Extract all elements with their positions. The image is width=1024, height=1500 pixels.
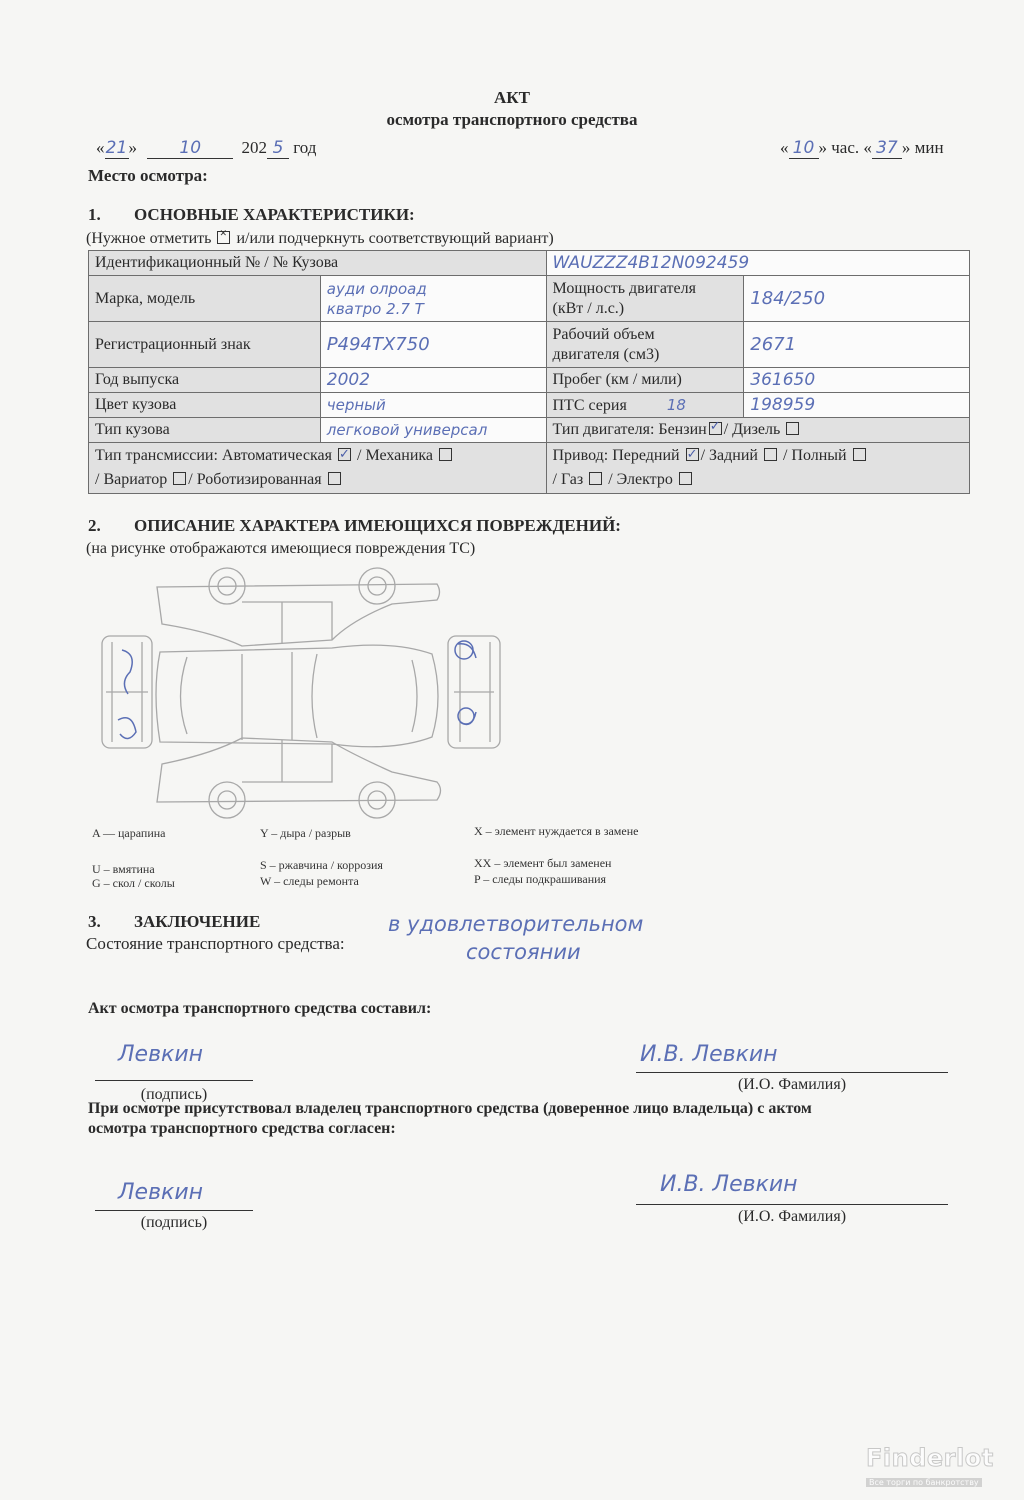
condition-value-line1: в удовлетворительном [388,912,643,936]
vin-value: WAUZZZ4B12N092459 [546,251,970,276]
legend-paint: P – следы подкрашивания [474,872,606,887]
watermark-brand: Finderlot [866,1444,1016,1472]
fuel-gas-checkbox[interactable] [589,472,602,485]
owner-statement-line2: осмотра транспортного средства согласен: [88,1120,396,1138]
transmission-cvt-checkbox[interactable] [173,472,186,485]
name-caption: (И.О. Фамилия) [636,1076,948,1094]
fuel-electric-checkbox[interactable] [679,472,692,485]
color-value: черный [320,393,546,418]
legend-repair: W – следы ремонта [260,874,359,889]
legend-scratch: A — царапина [92,826,166,841]
owner-statement-line1: При осмотре присутствовал владелец транс… [88,1100,812,1118]
vehicle-characteristics-table: Идентификационный № / № Кузова WAUZZZ4B1… [88,250,970,494]
pts-series: 18 [667,396,686,414]
plate-label: Регистрационный знак [89,322,321,368]
owner-signature: Левкин [118,1180,203,1205]
drive-rear-checkbox[interactable] [764,448,777,461]
section-1-note: (Нужное отметить и/или подчеркнуть соотв… [86,230,554,248]
table-row-make-power: Марка, модель ауди олроад кватро 2.7 Т М… [89,276,970,322]
volume-value: 2671 [744,322,970,368]
drive-field: Привод: Передний / Задний / Полный / Газ… [546,443,970,494]
condition-label: Состояние транспортного средства: [86,934,345,954]
legend-replace-needed: X – элемент нуждается в замене [474,824,638,839]
condition-value-line2: состоянии [466,940,581,964]
compiled-by-label: Акт осмотра транспортного средства соста… [88,1000,431,1018]
volume-label: Рабочий объем двигателя (см3) [546,322,744,368]
year-label: Год выпуска [89,368,321,393]
date-year-suffix: 5 [267,138,289,159]
table-row-vin: Идентификационный № / № Кузова WAUZZZ4B1… [89,251,970,276]
legend-hole: Y – дыра / разрыв [260,826,351,841]
legend-rust: S – ржавчина / коррозия [260,858,383,873]
date-day: 21 [105,138,129,159]
checked-box-icon [217,231,230,244]
table-row-plate-volume: Регистрационный знак Р494ТХ750 Рабочий о… [89,322,970,368]
transmission-field: Тип трансмиссии: Автоматическая / Механи… [89,443,547,494]
vin-label: Идентификационный № / № Кузова [89,251,547,276]
pts-number: 198959 [744,393,970,418]
time-minute: 37 [872,138,902,159]
section-2-note: (на рисунке отображаются имеющиеся повре… [86,540,475,558]
drive-front-checkbox[interactable] [686,448,699,461]
watermark-tagline: Все торги по банкротству [866,1478,982,1487]
owner-name: И.В. Левкин [660,1172,798,1197]
legend-chip: G – скол / сколы [92,876,175,891]
table-row-body-engine: Тип кузова легковой универсал Тип двигат… [89,418,970,443]
compiler-name: И.В. Левкин [640,1042,778,1067]
make-label: Марка, модель [89,276,321,322]
document-title: АКТ [0,88,1024,108]
legend-dent: U – вмятина [92,862,155,877]
owner-name-caption: (И.О. Фамилия) [636,1208,948,1226]
engine-petrol-checkbox[interactable] [709,422,722,435]
signature-line [95,1080,253,1081]
pts-label: ПТС серия 18 [546,393,744,418]
owner-signature-line [95,1210,253,1211]
transmission-manual-checkbox[interactable] [439,448,452,461]
finderlot-watermark: Finderlot Все торги по банкротству [866,1444,1016,1488]
owner-name-line [636,1204,948,1205]
legend-replaced: XX – элемент был заменен [474,856,611,871]
inspection-act-page: АКТ осмотра транспортного средства «21» … [0,0,1024,1500]
date-month: 10 [147,138,233,159]
name-line [636,1072,948,1073]
owner-signature-caption: (подпись) [95,1214,253,1232]
drive-full-checkbox[interactable] [853,448,866,461]
plate-value: Р494ТХ750 [320,322,546,368]
engine-diesel-checkbox[interactable] [786,422,799,435]
mileage-label: Пробег (км / мили) [546,368,744,393]
time-hour: 10 [789,138,819,159]
inspection-place-label: Место осмотра: [88,166,208,186]
body-type-label: Тип кузова [89,418,321,443]
transmission-auto-checkbox[interactable] [338,448,351,461]
power-label: Мощность двигателя (кВт / л.с.) [546,276,744,322]
table-row-color-pts: Цвет кузова черный ПТС серия 18 198959 [89,393,970,418]
color-label: Цвет кузова [89,393,321,418]
table-row-year-mileage: Год выпуска 2002 Пробег (км / мили) 3616… [89,368,970,393]
section-2-heading: 2.ОПИСАНИЕ ХАРАКТЕРА ИМЕЮЩИХСЯ ПОВРЕЖДЕН… [88,516,621,536]
mileage-value: 361650 [744,368,970,393]
engine-type-field: Тип двигателя: Бензин/ Дизель [546,418,970,443]
section-3-heading: 3.ЗАКЛЮЧЕНИЕ [88,912,260,932]
power-value: 184/250 [744,276,970,322]
table-row-transmission-drive: Тип трансмиссии: Автоматическая / Механи… [89,443,970,494]
transmission-robot-checkbox[interactable] [328,472,341,485]
make-value: ауди олроад кватро 2.7 Т [320,276,546,322]
car-damage-diagram-icon [92,562,512,824]
inspection-time: «10» час. «37» мин [780,138,944,159]
inspection-date: «21» 10 2025 год [96,138,316,159]
year-value: 2002 [320,368,546,393]
compiler-signature: Левкин [118,1042,203,1067]
document-subtitle: осмотра транспортного средства [0,110,1024,130]
section-1-heading: 1.ОСНОВНЫЕ ХАРАКТЕРИСТИКИ: [88,205,415,225]
body-type-value: легковой универсал [320,418,546,443]
